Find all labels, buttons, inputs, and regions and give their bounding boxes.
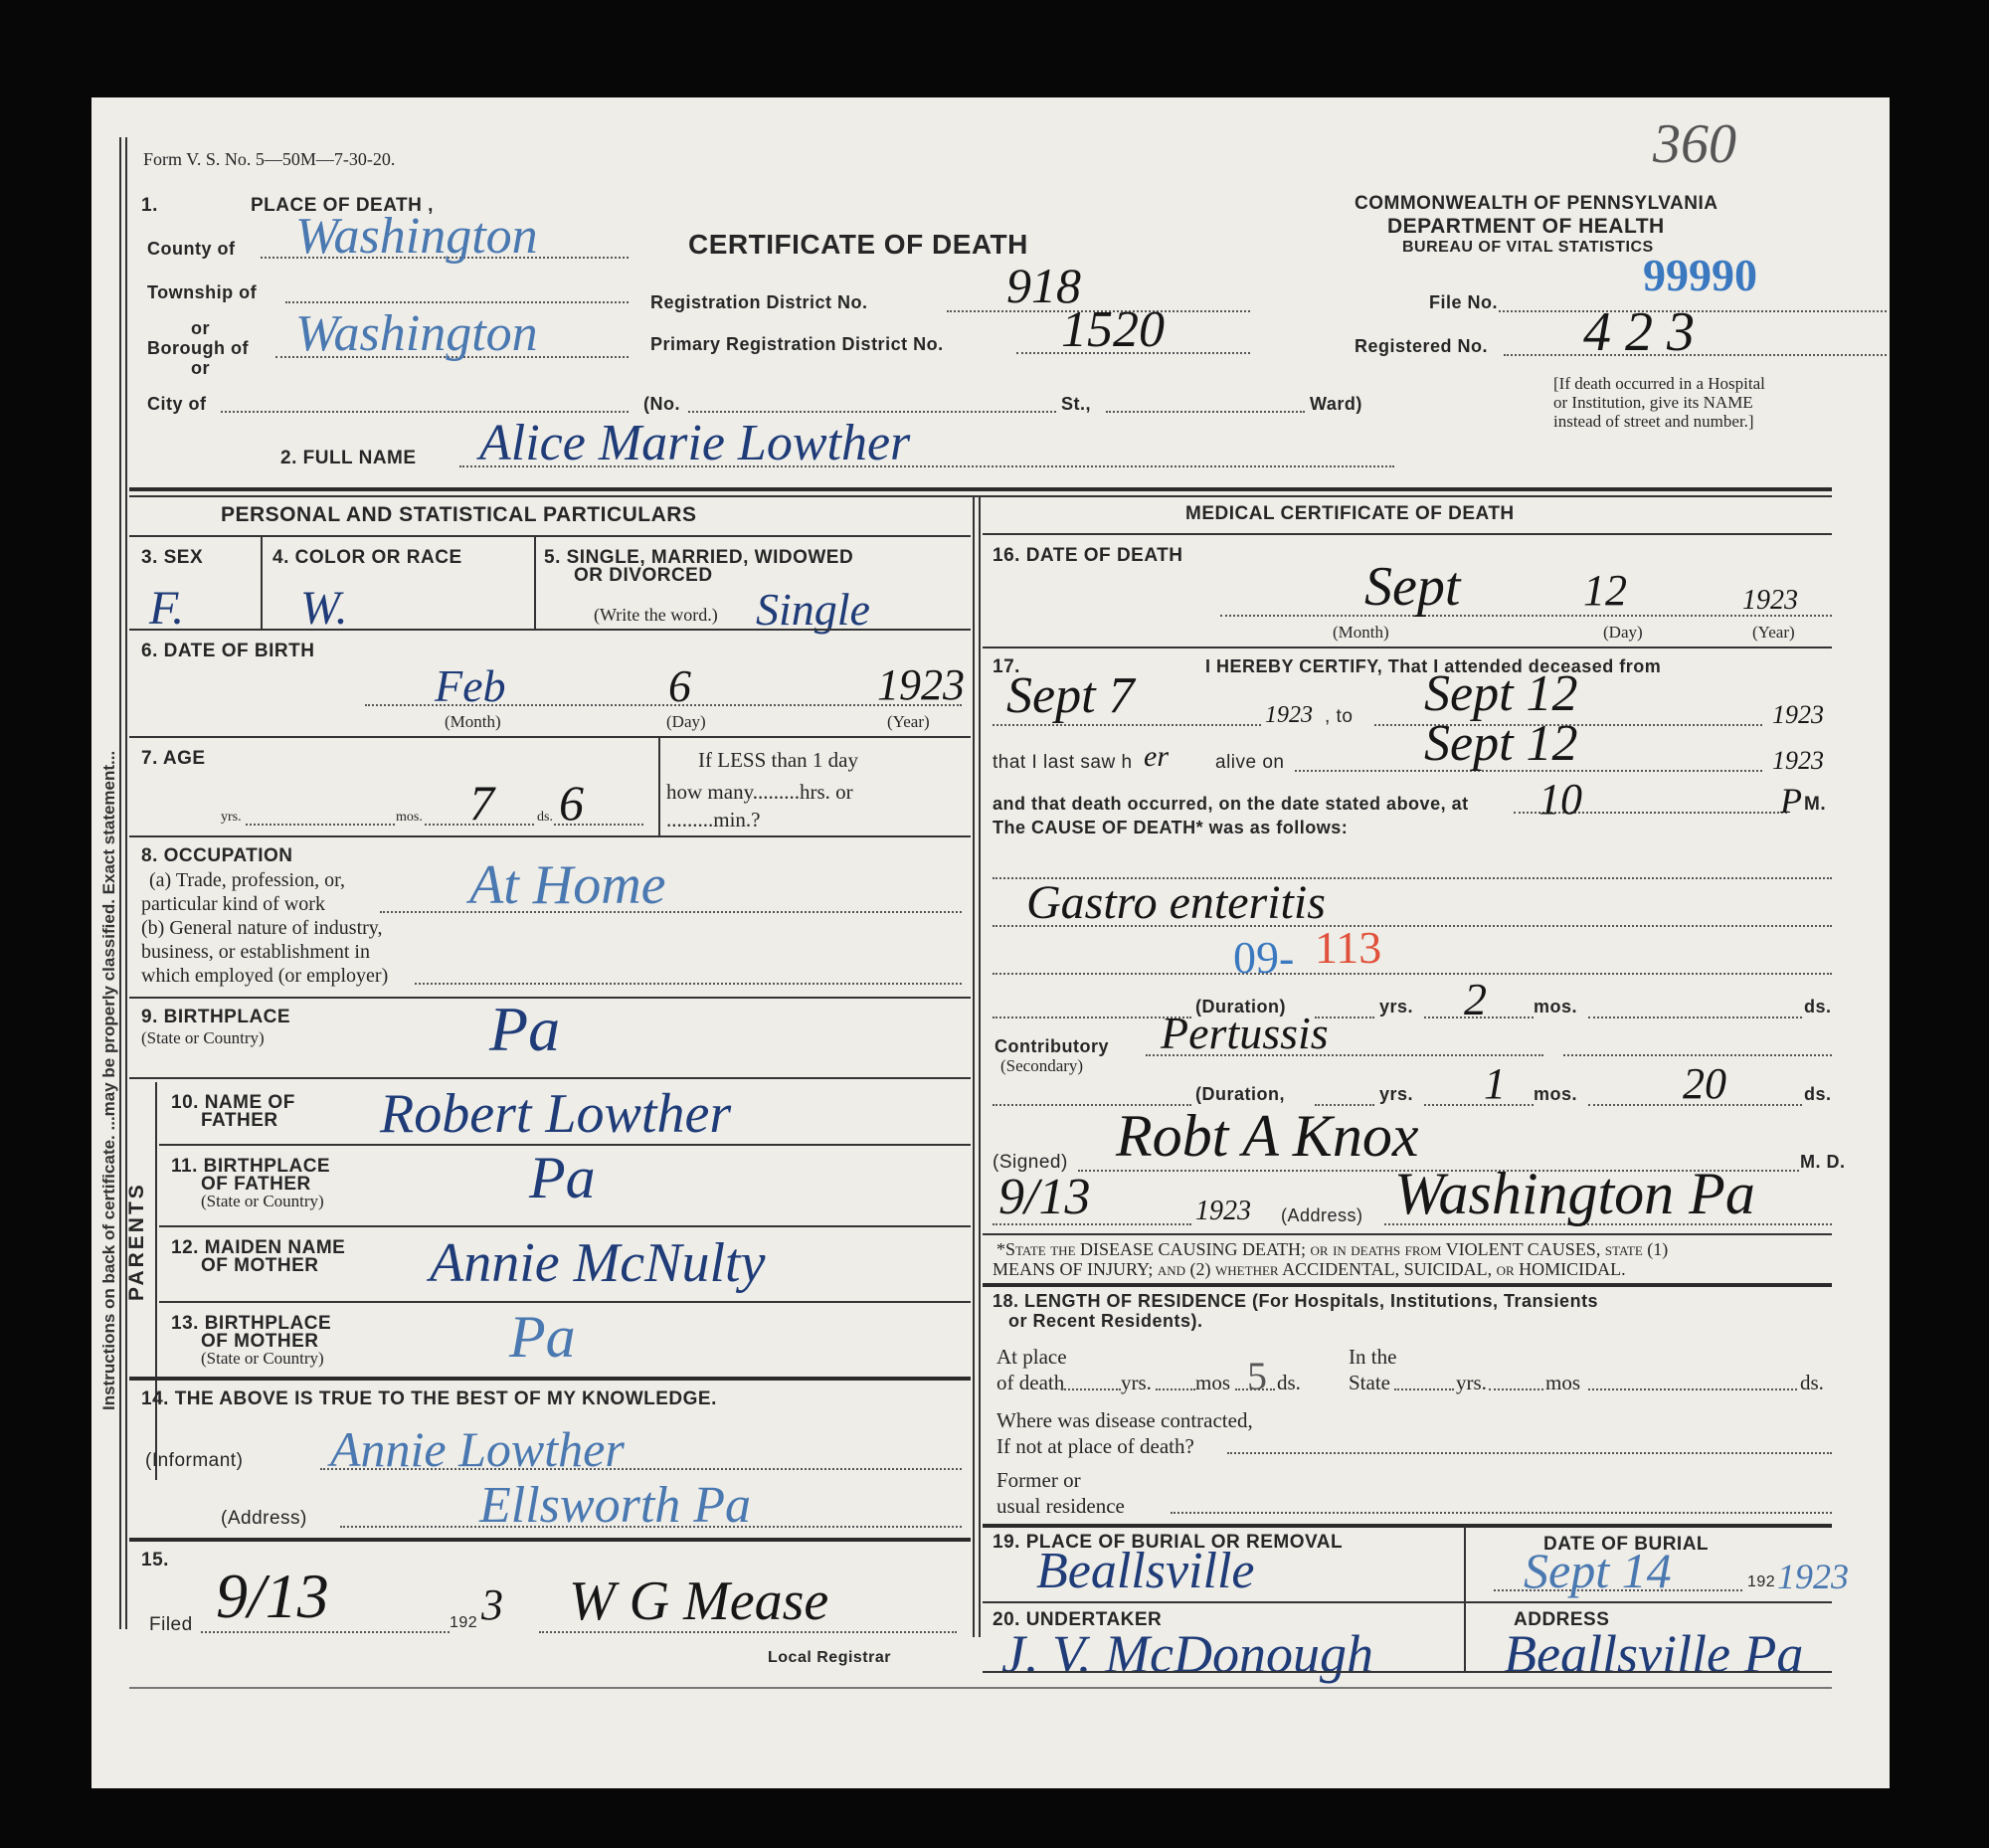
cell-divider bbox=[658, 736, 660, 835]
reg-district-label: Registration District No. bbox=[650, 292, 868, 313]
st-label: St., bbox=[1061, 394, 1091, 415]
full-name-value: Alice Marie Lowther bbox=[479, 414, 910, 472]
state-ds-label: ds. bbox=[1800, 1371, 1824, 1395]
agency-bureau: BUREAU OF VITAL STATISTICS bbox=[1402, 239, 1654, 257]
occupation-b3: which employed (or employer) bbox=[141, 965, 388, 988]
father-label-2: FATHER bbox=[201, 1110, 278, 1132]
occupation-a2: particular kind of work bbox=[141, 893, 325, 916]
birthplace-value: Pa bbox=[489, 993, 560, 1066]
primary-reg-label: Primary Registration District No. bbox=[650, 334, 944, 355]
section-1-number: 1. bbox=[141, 195, 158, 217]
divider bbox=[129, 1377, 971, 1381]
divider bbox=[129, 1077, 971, 1079]
divider bbox=[983, 533, 1832, 535]
filed-year-prefix: 192 bbox=[450, 1614, 477, 1632]
registrar-label: Local Registrar bbox=[768, 1649, 891, 1667]
informant-address-value: Ellsworth Pa bbox=[479, 1476, 751, 1535]
last-saw-pronoun: er bbox=[1144, 740, 1169, 774]
age-label: 7. AGE bbox=[141, 748, 206, 770]
certificate-paper: Instructions on back of certificate. ...… bbox=[91, 97, 1890, 1788]
last-saw-date: Sept 12 bbox=[1424, 714, 1578, 773]
day-caption: (Day) bbox=[1603, 623, 1643, 643]
state-yrs-field bbox=[1394, 1388, 1454, 1390]
dod-field bbox=[1220, 615, 1832, 617]
contracted-field bbox=[1227, 1452, 1832, 1454]
res-mos-label: mos bbox=[1195, 1371, 1230, 1395]
mother-label-2: OF MOTHER bbox=[201, 1255, 319, 1277]
street-no-label: (No. bbox=[643, 394, 680, 415]
township-label: Township of bbox=[147, 282, 257, 303]
divider bbox=[983, 1601, 1832, 1603]
dod-year: 1923 bbox=[1742, 585, 1798, 617]
divider bbox=[983, 1671, 1832, 1673]
city-label: City of bbox=[147, 394, 207, 415]
year-caption: (Year) bbox=[1752, 623, 1795, 643]
duration2-mos-value: 1 bbox=[1484, 1058, 1506, 1109]
duration-ds-field bbox=[1588, 1016, 1802, 1018]
age-mos-value: 7 bbox=[469, 774, 494, 832]
secondary-label: (Secondary) bbox=[1000, 1056, 1083, 1076]
former-residence-label-2: usual residence bbox=[996, 1494, 1125, 1519]
sex-value: F. bbox=[149, 581, 184, 636]
divider bbox=[129, 736, 971, 738]
divider bbox=[129, 535, 971, 537]
divider bbox=[159, 1225, 971, 1227]
state-mos-label: mos bbox=[1545, 1371, 1580, 1395]
to-label: , to bbox=[1325, 706, 1353, 728]
contributory-value: Pertussis bbox=[1161, 1007, 1329, 1059]
filed-label: Filed bbox=[149, 1614, 193, 1636]
dod-month: Sept bbox=[1364, 555, 1460, 619]
duration2-ds-value: 20 bbox=[1683, 1058, 1726, 1109]
burial-date-value: Sept 14 bbox=[1524, 1542, 1672, 1599]
res-mos-field bbox=[1156, 1388, 1195, 1390]
cell-divider bbox=[534, 535, 536, 629]
hospital-note: [If death occurred in a Hospital or Inst… bbox=[1553, 374, 1782, 431]
agency-commonwealth: COMMONWEALTH OF PENNSYLVANIA bbox=[1355, 193, 1718, 215]
occupation-b2: business, or establishment in bbox=[141, 941, 370, 964]
res-yrs-field bbox=[1061, 1388, 1121, 1390]
dob-month: Feb bbox=[435, 659, 506, 712]
column-divider bbox=[979, 495, 981, 1637]
occupation-label: 8. OCCUPATION bbox=[141, 845, 293, 867]
parents-label: PARENTS bbox=[125, 1182, 149, 1301]
age-yrs-label: yrs. bbox=[221, 810, 242, 826]
ward-label: Ward) bbox=[1310, 394, 1362, 415]
res-ds-value: 5 bbox=[1247, 1353, 1267, 1399]
mother-birthplace-value: Pa bbox=[509, 1303, 576, 1372]
divider bbox=[129, 495, 1832, 497]
agency-department: DEPARTMENT OF HEALTH bbox=[1387, 215, 1665, 239]
ds-label: ds. bbox=[1804, 1084, 1832, 1105]
informant-address-label: (Address) bbox=[221, 1508, 307, 1530]
age-ds-value: 6 bbox=[559, 774, 584, 832]
father-birthplace-value: Pa bbox=[529, 1144, 596, 1212]
physician-address-value: Washington Pa bbox=[1394, 1160, 1755, 1228]
alive-on-label: alive on bbox=[1215, 752, 1285, 774]
race-label: 4. COLOR OR RACE bbox=[272, 547, 462, 569]
file-no-label: File No. bbox=[1429, 292, 1498, 313]
column-divider bbox=[973, 495, 975, 1637]
ampm-suffix: M. bbox=[1804, 794, 1826, 816]
occupation-a-field bbox=[380, 911, 962, 913]
sex-label: 3. SEX bbox=[141, 547, 203, 569]
marital-label-2: OR DIVORCED bbox=[574, 565, 713, 587]
res-yrs-label: yrs. bbox=[1121, 1371, 1152, 1395]
attended-from-value: Sept 7 bbox=[1006, 666, 1135, 725]
res-ds-label: ds. bbox=[1277, 1371, 1301, 1395]
state-yrs-label: yrs. bbox=[1456, 1371, 1487, 1395]
file-number-stamp: 99990 bbox=[1643, 249, 1757, 301]
ampm-value: P bbox=[1780, 780, 1802, 822]
dob-year: 1923 bbox=[877, 659, 965, 710]
attended-to-year: 1923 bbox=[1772, 700, 1824, 730]
dod-label: 16. DATE OF DEATH bbox=[993, 545, 1182, 567]
occupation-b-field bbox=[415, 983, 962, 985]
marital-hint: (Write the word.) bbox=[594, 605, 718, 626]
year-caption: (Year) bbox=[887, 712, 930, 732]
last-saw-year: 1923 bbox=[1772, 746, 1824, 776]
age-mos-label: mos. bbox=[396, 810, 423, 826]
registered-no-value: 423 bbox=[1583, 300, 1709, 364]
attended-from-year: 1923 bbox=[1265, 702, 1313, 729]
county-value: Washington bbox=[295, 207, 538, 266]
former-residence-field bbox=[1171, 1512, 1832, 1514]
undertaker-value: J. V. McDonough bbox=[1001, 1623, 1373, 1685]
mos-label: mos. bbox=[1534, 997, 1577, 1017]
divider bbox=[983, 1233, 1832, 1235]
signed-year: 1923 bbox=[1195, 1196, 1251, 1227]
occupation-a1: (a) Trade, profession, or, bbox=[149, 869, 345, 892]
mother-name-value: Annie McNulty bbox=[430, 1231, 765, 1295]
occupation-b1: (b) General nature of industry, bbox=[141, 917, 383, 940]
residence-label-2: or Recent Residents). bbox=[1008, 1311, 1203, 1332]
divider bbox=[983, 647, 1832, 648]
age-ds-label: ds. bbox=[537, 810, 553, 826]
at-place-label: At place bbox=[996, 1345, 1067, 1370]
cause-text: The CAUSE OF DEATH* was as follows: bbox=[993, 818, 1348, 838]
borough-label: Borough of bbox=[147, 338, 249, 359]
duration2-mos-field bbox=[1424, 1104, 1534, 1106]
state-ds-field bbox=[1588, 1388, 1797, 1390]
township-field bbox=[285, 301, 629, 303]
or-label: or bbox=[191, 358, 210, 379]
cause-code-red: 113 bbox=[1315, 921, 1381, 974]
in-state-label: In the bbox=[1349, 1345, 1396, 1370]
certificate-title: CERTIFICATE OF DEATH bbox=[688, 229, 1028, 261]
birthplace-label: 9. BIRTHPLACE bbox=[141, 1007, 290, 1028]
cause-line bbox=[993, 973, 1832, 975]
margin-line bbox=[125, 137, 127, 1629]
contributory-label: Contributory bbox=[994, 1036, 1109, 1057]
physician-address-label: (Address) bbox=[1281, 1205, 1363, 1226]
at-place-label-2: of death bbox=[996, 1371, 1064, 1395]
month-caption: (Month) bbox=[1333, 623, 1389, 643]
time-value: 10 bbox=[1538, 774, 1582, 825]
birthplace-sub: (State or Country) bbox=[141, 1028, 265, 1048]
residence-label: 18. LENGTH OF RESIDENCE (For Hospitals, … bbox=[993, 1291, 1598, 1312]
dob-day: 6 bbox=[668, 659, 691, 712]
primary-reg-value: 1520 bbox=[1061, 300, 1165, 359]
burial-year: 1923 bbox=[1777, 1556, 1849, 1597]
bottom-rule bbox=[129, 1687, 1832, 1689]
divider bbox=[983, 1283, 1832, 1287]
mother-birthplace-sub: (State or Country) bbox=[201, 1349, 324, 1369]
informant-value: Annie Lowther bbox=[330, 1420, 625, 1478]
father-birthplace-sub: (State or Country) bbox=[201, 1192, 324, 1211]
borough-value: Washington bbox=[295, 304, 538, 363]
less-day-text: If LESS than 1 day bbox=[698, 748, 858, 773]
burial-year-prefix: 192 bbox=[1747, 1573, 1775, 1591]
signed-date: 9/13 bbox=[998, 1168, 1090, 1226]
occurred-text: and that death occurred, on the date sta… bbox=[993, 794, 1469, 815]
age-yrs-field bbox=[246, 824, 395, 826]
ward-field bbox=[1106, 411, 1305, 413]
footnote-1: *State the DISEASE CAUSING DEATH; or in … bbox=[996, 1239, 1668, 1260]
divider bbox=[129, 835, 971, 837]
dob-label: 6. DATE OF BIRTH bbox=[141, 641, 314, 662]
page-number: 360 bbox=[1653, 112, 1736, 176]
former-residence-label: Former or bbox=[996, 1468, 1081, 1493]
cell-divider bbox=[1464, 1526, 1466, 1671]
undertaker-address-value: Beallsville Pa bbox=[1504, 1623, 1803, 1685]
parents-divider bbox=[155, 1082, 157, 1480]
contracted-label-2: If not at place of death? bbox=[996, 1434, 1194, 1459]
cell-divider bbox=[261, 535, 263, 629]
month-caption: (Month) bbox=[445, 712, 501, 732]
or-label: or bbox=[191, 318, 210, 339]
informant-label: (Informant) bbox=[145, 1450, 243, 1472]
divider bbox=[983, 1524, 1832, 1528]
full-name-label: 2. FULL NAME bbox=[280, 448, 417, 469]
ds-label: ds. bbox=[1804, 997, 1832, 1017]
cause-code-blue: 09- bbox=[1233, 931, 1294, 984]
burial-place-value: Beallsville bbox=[1036, 1542, 1254, 1600]
divider bbox=[129, 487, 1832, 491]
side-instructions: Instructions on back of certificate. ...… bbox=[99, 751, 119, 1410]
county-label: County of bbox=[147, 239, 235, 260]
contributory-field-2 bbox=[1563, 1054, 1832, 1056]
medical-header: MEDICAL CERTIFICATE OF DEATH bbox=[1185, 503, 1515, 525]
mos-label: mos. bbox=[1534, 1084, 1577, 1105]
duration-mos-value: 2 bbox=[1464, 973, 1487, 1025]
md-label: M. D. bbox=[1800, 1152, 1846, 1173]
state-mos-field bbox=[1489, 1388, 1543, 1390]
race-value: W. bbox=[300, 581, 348, 636]
last-saw-label: that I last saw h bbox=[993, 752, 1133, 774]
less-day-min: .........min.? bbox=[666, 808, 761, 832]
margin-line bbox=[119, 137, 121, 1629]
footnote-2: MEANS OF INJURY; and (2) whether ACCIDEN… bbox=[993, 1259, 1626, 1280]
father-name-value: Robert Lowther bbox=[380, 1082, 731, 1146]
registered-no-label: Registered No. bbox=[1355, 336, 1488, 357]
yrs-label: yrs. bbox=[1379, 997, 1413, 1017]
form-number: Form V. S. No. 5—50M—7-30-20. bbox=[143, 149, 395, 170]
registrar-signature: W G Mease bbox=[569, 1570, 828, 1633]
dod-day: 12 bbox=[1583, 565, 1627, 616]
city-field bbox=[221, 411, 629, 413]
cause-value: Gastro enteritis bbox=[1026, 875, 1326, 930]
street-field bbox=[688, 411, 1056, 413]
physician-signature: Robt A Knox bbox=[1116, 1102, 1418, 1171]
personal-header: PERSONAL AND STATISTICAL PARTICULARS bbox=[221, 503, 696, 527]
filed-date-value: 9/13 bbox=[216, 1560, 329, 1633]
in-state-label-2: State bbox=[1349, 1371, 1390, 1395]
informant-header: 14. THE ABOVE IS TRUE TO THE BEST OF MY … bbox=[141, 1388, 717, 1410]
divider bbox=[129, 629, 971, 631]
divider bbox=[129, 1538, 971, 1542]
filed-section-number: 15. bbox=[141, 1550, 169, 1571]
less-day-hrs: how many.........hrs. or bbox=[666, 780, 853, 805]
filed-year-suffix: 3 bbox=[481, 1579, 503, 1630]
occupation-value: At Home bbox=[469, 853, 666, 917]
contracted-label: Where was disease contracted, bbox=[996, 1408, 1253, 1433]
day-caption: (Day) bbox=[666, 712, 706, 732]
